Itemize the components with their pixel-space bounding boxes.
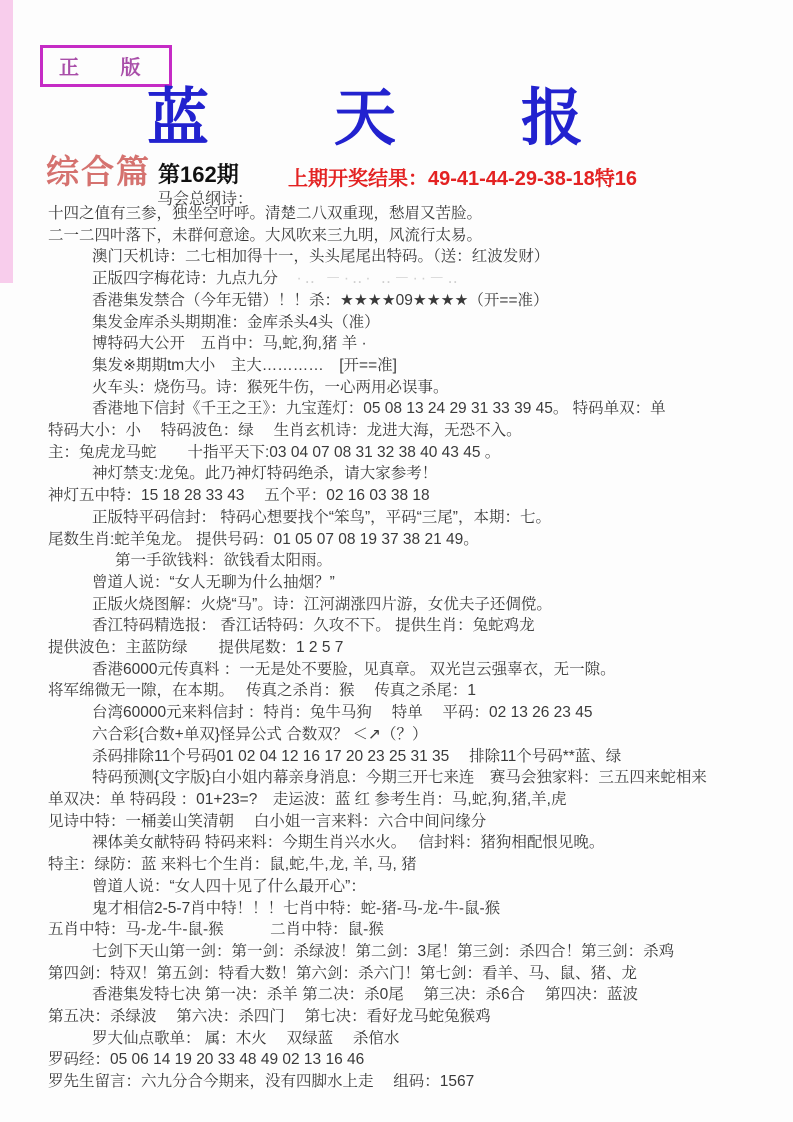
body-line-text: 见诗中特：一桶姜山笑清朝 白小姐一言来料：六合中间问缘分 bbox=[48, 813, 486, 830]
body-line-text: 曾道人说：“女人无聊为什么抽烟？” bbox=[92, 574, 335, 591]
body-line-text: 七剑下天山第一剑：第一剑：杀绿波！第二剑：3尾！第三剑：杀四合！第三剑：杀鸡 bbox=[92, 943, 674, 960]
body-line-text: 罗码经：05 06 14 19 20 33 48 49 02 13 16 46 bbox=[48, 1051, 364, 1068]
body-line-text: 主：兔虎龙马蛇 十指平天下:03 04 07 08 31 32 38 40 43… bbox=[48, 444, 500, 461]
body-line: 第五决：杀绿波 第六决：杀四门 第七决：看好龙马蛇兔猴鸡 bbox=[0, 1006, 793, 1028]
body-line-text: 澳门天机诗：二七相加得十一，头头尾尾出特码。（送：红波发财） bbox=[92, 248, 549, 265]
body-line-text: 博特码大公开 五肖中：马,蛇,狗,猪 羊 · bbox=[92, 335, 367, 352]
body-line: 罗码经：05 06 14 19 20 33 48 49 02 13 16 46 bbox=[0, 1049, 793, 1071]
body-line-text: 特码大小：小 特码波色：绿 生肖玄机诗：龙进大海，无恐不入。 bbox=[48, 422, 522, 439]
body-line-text: 火车头：烧伤马。诗：猴死牛伤，一心两用必误事。 bbox=[92, 379, 449, 396]
body-line: 五肖中特：马-龙-牛-鼠-猴 二肖中特：鼠-猴 bbox=[0, 919, 793, 941]
body-line: 主：兔虎龙马蛇 十指平天下:03 04 07 08 31 32 38 40 43… bbox=[0, 442, 793, 464]
body-line: 罗大仙点歌单： 属：木火 双绿蓝 杀倌水 bbox=[0, 1028, 793, 1050]
body-line-text: 提供波色：主蓝防绿 提供尾数：1 2 5 7 bbox=[48, 639, 343, 656]
body-line: 二一二四叶落下，未群何意途。大风吹来三九明，风流行太易。 bbox=[0, 225, 793, 247]
body-line: 香港集发特七决 第一决：杀羊 第二决：杀0尾 第三决：杀6合 第四决：蓝波 bbox=[0, 984, 793, 1006]
body-line: 香港地下信封《千王之王》：九宝莲灯：05 08 13 24 29 31 33 3… bbox=[0, 398, 793, 420]
body-line-text: 香港地下信封《千王之王》：九宝莲灯：05 08 13 24 29 31 33 3… bbox=[92, 400, 666, 417]
newspaper-title: 蓝天报 bbox=[0, 68, 793, 157]
body-line-text: 第一手欲钱料：欲钱看太阳雨。 bbox=[115, 552, 332, 569]
issue-number: 第162期 bbox=[158, 158, 239, 189]
body-line-text: 神灯五中特：15 18 28 33 43 五个平：02 16 03 38 18 bbox=[48, 487, 430, 504]
body-line-text: 台湾60000元来料信封 ：特肖：兔牛马狗 特单 平码：02 13 26 23 … bbox=[92, 704, 592, 721]
body-line: 提供波色：主蓝防绿 提供尾数：1 2 5 7 bbox=[0, 637, 793, 659]
body-line: 特码大小：小 特码波色：绿 生肖玄机诗：龙进大海，无恐不入。 bbox=[0, 420, 793, 442]
body-line: 特主：绿防：蓝 来料七个生肖：鼠,蛇,牛,龙, 羊, 马, 猪 bbox=[0, 854, 793, 876]
body-line-text: 香港集发禁合（今年无错）！！杀：★★★★09★★★★（开==准） bbox=[92, 292, 549, 309]
faded-illegible-text: ·‥ －·‥· ‥－··－‥ bbox=[278, 270, 461, 287]
body-line: 集发※期期tm大小 主大………… [开==准] bbox=[0, 355, 793, 377]
body-line-text: 杀码排除11个号码01 02 04 12 16 17 20 23 25 31 3… bbox=[92, 748, 621, 765]
newspaper-page: 正 版 蓝天报 综合篇 第162期 上期开奖结果：49-41-44-29-38-… bbox=[0, 0, 793, 1122]
body-line-text: 特主：绿防：蓝 来料七个生肖：鼠,蛇,牛,龙, 羊, 马, 猪 bbox=[48, 856, 417, 873]
body-line-text: 香港6000元传真料 ：一无是处不要脸，见真章。 双光岂云强辜衣，无一隙。 bbox=[92, 661, 616, 678]
body-line: 博特码大公开 五肖中：马,蛇,狗,猪 羊 · bbox=[0, 333, 793, 355]
body-line-text: 特码预测{文字版}白小姐内幕亲身消息：今期三开七来连 赛马会独家料：三五四来蛇相… bbox=[92, 769, 707, 786]
previous-draw-result: 上期开奖结果：49-41-44-29-38-18特16 bbox=[288, 162, 637, 191]
body-line: 罗先生留言：六九分合今期来，没有四脚水上走 组码：1567 bbox=[0, 1071, 793, 1093]
body-line-text: 裸体美女献特码 特码来料：今期生肖兴水火。 信封料：猪狗相配恨见晚。 bbox=[92, 834, 604, 851]
body-line: 神灯禁支:龙兔。此乃神灯特码绝杀，请大家参考！ bbox=[0, 463, 793, 485]
body-line-text: 第四剑：特双！第五剑：特看大数！第六剑：杀六门！第七剑：看羊、马、鼠、猪、龙 bbox=[48, 965, 637, 982]
body-line: 曾道人说：“女人无聊为什么抽烟？” bbox=[0, 572, 793, 594]
body-line: 香港集发禁合（今年无错）！！杀：★★★★09★★★★（开==准） bbox=[0, 290, 793, 312]
body-line-text: 第五决：杀绿波 第六决：杀四门 第七决：看好龙马蛇兔猴鸡 bbox=[48, 1008, 491, 1025]
body-line: 尾数生肖:蛇羊兔龙。 提供号码：01 05 07 08 19 37 38 21 … bbox=[0, 529, 793, 551]
body-line-text: 尾数生肖:蛇羊兔龙。 提供号码：01 05 07 08 19 37 38 21 … bbox=[48, 531, 479, 548]
body-line-text: 正版火烧图解：火烧“马”。诗：江河湖涨四片游，女优夫子还倜傥。 bbox=[92, 596, 552, 613]
body-line-text: 罗大仙点歌单： 属：木火 双绿蓝 杀倌水 bbox=[92, 1030, 399, 1047]
body-line: 神灯五中特：15 18 28 33 43 五个平：02 16 03 38 18 bbox=[0, 485, 793, 507]
body-line: 单双决：单 特码段 ：01+23=? 走运波：蓝 红 参考生肖：马,蛇,狗,猪,… bbox=[0, 789, 793, 811]
body-line: 第一手欲钱料：欲钱看太阳雨。 bbox=[0, 550, 793, 572]
body-line: 裸体美女献特码 特码来料：今期生肖兴水火。 信封料：猪狗相配恨见晚。 bbox=[0, 832, 793, 854]
body-line-text: 十四之值有三参，独坐空吁呼。清楚二八双重现，愁眉又苦脸。 bbox=[48, 205, 482, 222]
body-line: 正版四字梅花诗：九点九分 ·‥ －·‥· ‥－··－‥ bbox=[0, 268, 793, 290]
body-line-text: 六合彩{合数+单双}怪异公式 合数双？ ＜↗（？） bbox=[92, 726, 428, 743]
body-line-text: 二一二四叶落下，未群何意途。大风吹来三九明，风流行太易。 bbox=[48, 227, 482, 244]
body-line: 鬼才相信2-5-7肖中特！！！七肖中特：蛇-猪-马-龙-牛-鼠-猴 bbox=[0, 898, 793, 920]
body-line: 曾道人说：“女人四十见了什么最开心”： bbox=[0, 876, 793, 898]
body-line-text: 曾道人说：“女人四十见了什么最开心”： bbox=[92, 878, 366, 895]
body-line: 集发金库杀头期期准：金库杀头4头（准） bbox=[0, 312, 793, 334]
body-line: 香江特码精选报： 香江话特码：久攻不下。 提供生肖：兔蛇鸡龙 bbox=[0, 615, 793, 637]
body-line-text: 集发※期期tm大小 主大………… [开==准] bbox=[92, 357, 397, 374]
body-line: 杀码排除11个号码01 02 04 12 16 17 20 23 25 31 3… bbox=[0, 746, 793, 768]
body-line-text: 香港集发特七决 第一决：杀羊 第二决：杀0尾 第三决：杀6合 第四决：蓝波 bbox=[92, 986, 638, 1003]
body-line-text: 香江特码精选报： 香江话特码：久攻不下。 提供生肖：兔蛇鸡龙 bbox=[92, 617, 535, 634]
body-line: 正版特平码信封： 特码心想要找个“笨鸟”，平码“三尾”，本期：七。 bbox=[0, 507, 793, 529]
body-line: 香港6000元传真料 ：一无是处不要脸，见真章。 双光岂云强辜衣，无一隙。 bbox=[0, 659, 793, 681]
body-line: 将军绵微无一隙，在本期。 传真之杀肖：猴 传真之杀尾：1 bbox=[0, 680, 793, 702]
body-line: 十四之值有三参，独坐空吁呼。清楚二八双重现，愁眉又苦脸。 bbox=[0, 203, 793, 225]
body-line-text: 将军绵微无一隙，在本期。 传真之杀肖：猴 传真之杀尾：1 bbox=[48, 682, 476, 699]
body-line: 正版火烧图解：火烧“马”。诗：江河湖涨四片游，女优夫子还倜傥。 bbox=[0, 594, 793, 616]
body-line: 澳门天机诗：二七相加得十一，头头尾尾出特码。（送：红波发财） bbox=[0, 246, 793, 268]
body-line: 七剑下天山第一剑：第一剑：杀绿波！第二剑：3尾！第三剑：杀四合！第三剑：杀鸡 bbox=[0, 941, 793, 963]
section-title: 综合篇 bbox=[46, 146, 151, 193]
body-line: 见诗中特：一桶姜山笑清朝 白小姐一言来料：六合中间问缘分 bbox=[0, 811, 793, 833]
body-line-text: 罗先生留言：六九分合今期来，没有四脚水上走 组码：1567 bbox=[48, 1073, 474, 1090]
body-line: 特码预测{文字版}白小姐内幕亲身消息：今期三开七来连 赛马会独家料：三五四来蛇相… bbox=[0, 767, 793, 789]
body-line-text: 正版四字梅花诗：九点九分 bbox=[92, 270, 278, 287]
body-line-text: 五肖中特：马-龙-牛-鼠-猴 二肖中特：鼠-猴 bbox=[48, 921, 384, 938]
body-line: 六合彩{合数+单双}怪异公式 合数双？ ＜↗（？） bbox=[0, 724, 793, 746]
body-line: 第四剑：特双！第五剑：特看大数！第六剑：杀六门！第七剑：看羊、马、鼠、猪、龙 bbox=[0, 963, 793, 985]
body-line-text: 单双决：单 特码段 ：01+23=? 走运波：蓝 红 参考生肖：马,蛇,狗,猪,… bbox=[48, 791, 566, 808]
body-line: 火车头：烧伤马。诗：猴死牛伤，一心两用必误事。 bbox=[0, 377, 793, 399]
body-line-text: 神灯禁支:龙兔。此乃神灯特码绝杀，请大家参考！ bbox=[92, 465, 437, 482]
body-line: 台湾60000元来料信封 ：特肖：兔牛马狗 特单 平码：02 13 26 23 … bbox=[0, 702, 793, 724]
body-line-text: 鬼才相信2-5-7肖中特！！！七肖中特：蛇-猪-马-龙-牛-鼠-猴 bbox=[92, 900, 500, 917]
body-line-text: 正版特平码信封： 特码心想要找个“笨鸟”，平码“三尾”，本期：七。 bbox=[92, 509, 551, 526]
body-line-text: 集发金库杀头期期准：金库杀头4头（准） bbox=[92, 314, 380, 331]
body-text: 十四之值有三参，独坐空吁呼。清楚二八双重现，愁眉又苦脸。二一二四叶落下，未群何意… bbox=[0, 203, 793, 1093]
